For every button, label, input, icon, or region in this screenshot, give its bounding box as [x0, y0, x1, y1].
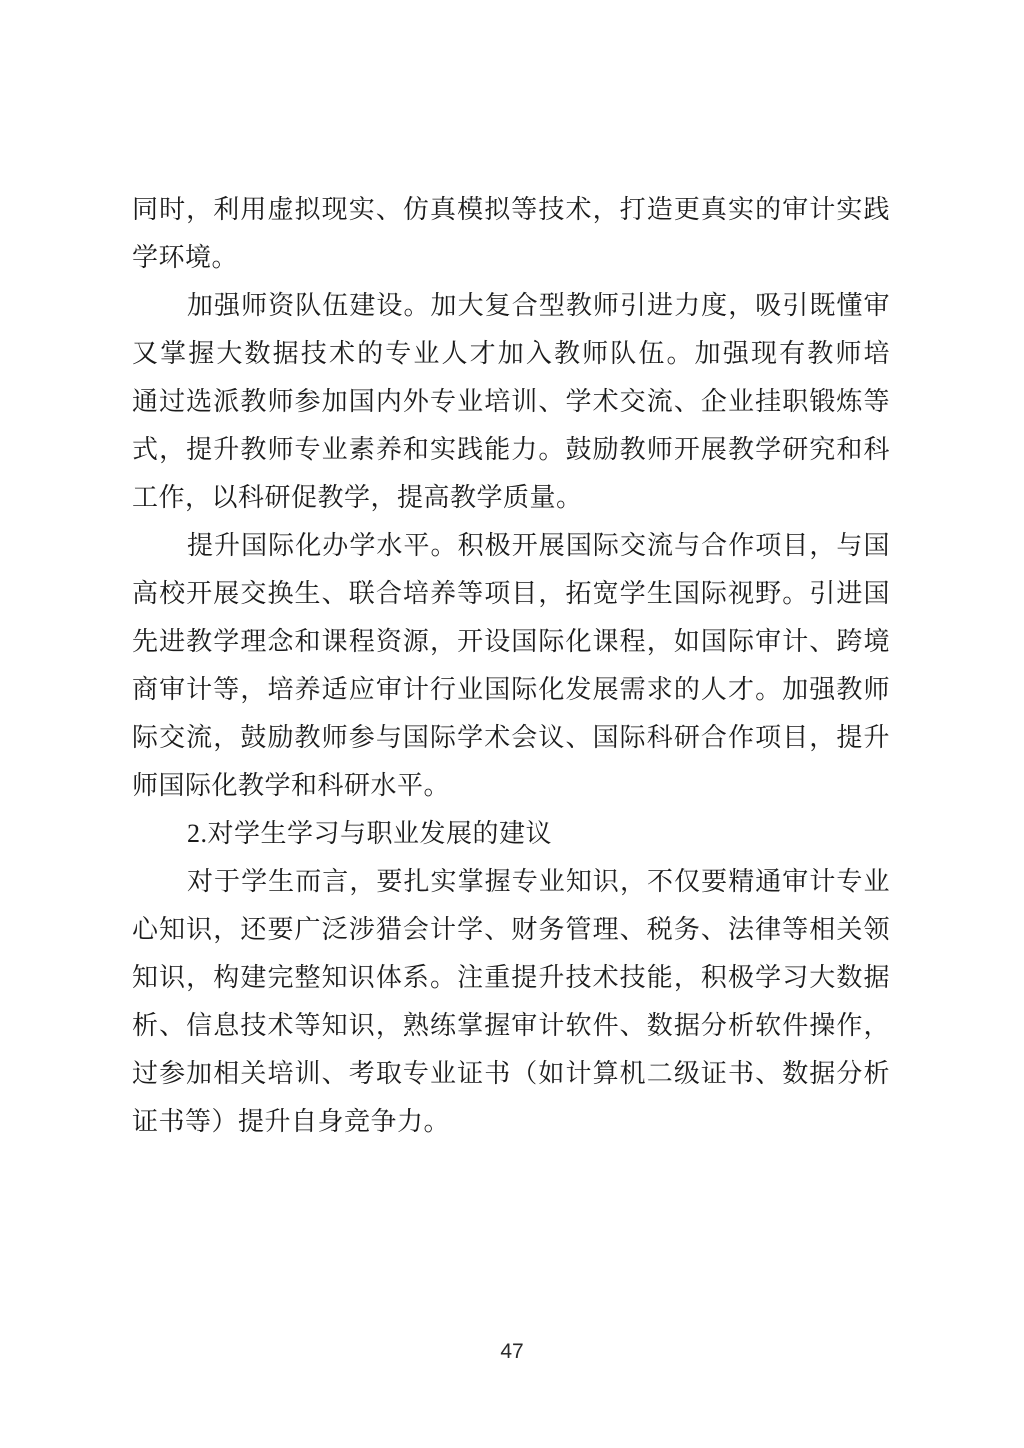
text-line: 先进教学理念和课程资源，开设国际化课程，如国际审计、跨境电 [132, 618, 890, 666]
text-line: 师国际化教学和科研水平。 [132, 762, 890, 810]
text-line: 又掌握大数据技术的专业人才加入教师队伍。加强现有教师培训， [132, 330, 890, 378]
text-line: 析、信息技术等知识，熟练掌握审计软件、数据分析软件操作，通 [132, 1002, 890, 1050]
text-line: 同时，利用虚拟现实、仿真模拟等技术，打造更真实的审计实践教 [132, 186, 890, 234]
text-line: 证书等）提升自身竞争力。 [132, 1098, 890, 1146]
text-line: 际交流，鼓励教师参与国际学术会议、国际科研合作项目，提升教 [132, 714, 890, 762]
text-line: 工作，以科研促教学，提高教学质量。 [132, 474, 890, 522]
page-number: 47 [0, 1338, 1024, 1366]
page-body: 同时，利用虚拟现实、仿真模拟等技术，打造更真实的审计实践教学环境。加强师资队伍建… [132, 186, 890, 1146]
text-line: 式，提升教师专业素养和实践能力。鼓励教师开展教学研究和科研 [132, 426, 890, 474]
text-line: 过参加相关培训、考取专业证书（如计算机二级证书、数据分析师 [132, 1050, 890, 1098]
text-line: 对于学生而言，要扎实掌握专业知识，不仅要精通审计专业核 [132, 858, 890, 906]
text-line: 心知识，还要广泛涉猎会计学、财务管理、税务、法律等相关领域 [132, 906, 890, 954]
text-line: 知识，构建完整知识体系。注重提升技术技能，积极学习大数据分 [132, 954, 890, 1002]
text-line: 通过选派教师参加国内外专业培训、学术交流、企业挂职锻炼等方 [132, 378, 890, 426]
text-line: 高校开展交换生、联合培养等项目，拓宽学生国际视野。引进国外 [132, 570, 890, 618]
text-line: 商审计等，培养适应审计行业国际化发展需求的人才。加强教师国 [132, 666, 890, 714]
text-line: 2.对学生学习与职业发展的建议 [132, 810, 890, 858]
document-page: 同时，利用虚拟现实、仿真模拟等技术，打造更真实的审计实践教学环境。加强师资队伍建… [0, 0, 1024, 1448]
text-line: 加强师资队伍建设。加大复合型教师引进力度，吸引既懂审计 [132, 282, 890, 330]
text-line: 学环境。 [132, 234, 890, 282]
text-line: 提升国际化办学水平。积极开展国际交流与合作项目，与国外 [132, 522, 890, 570]
